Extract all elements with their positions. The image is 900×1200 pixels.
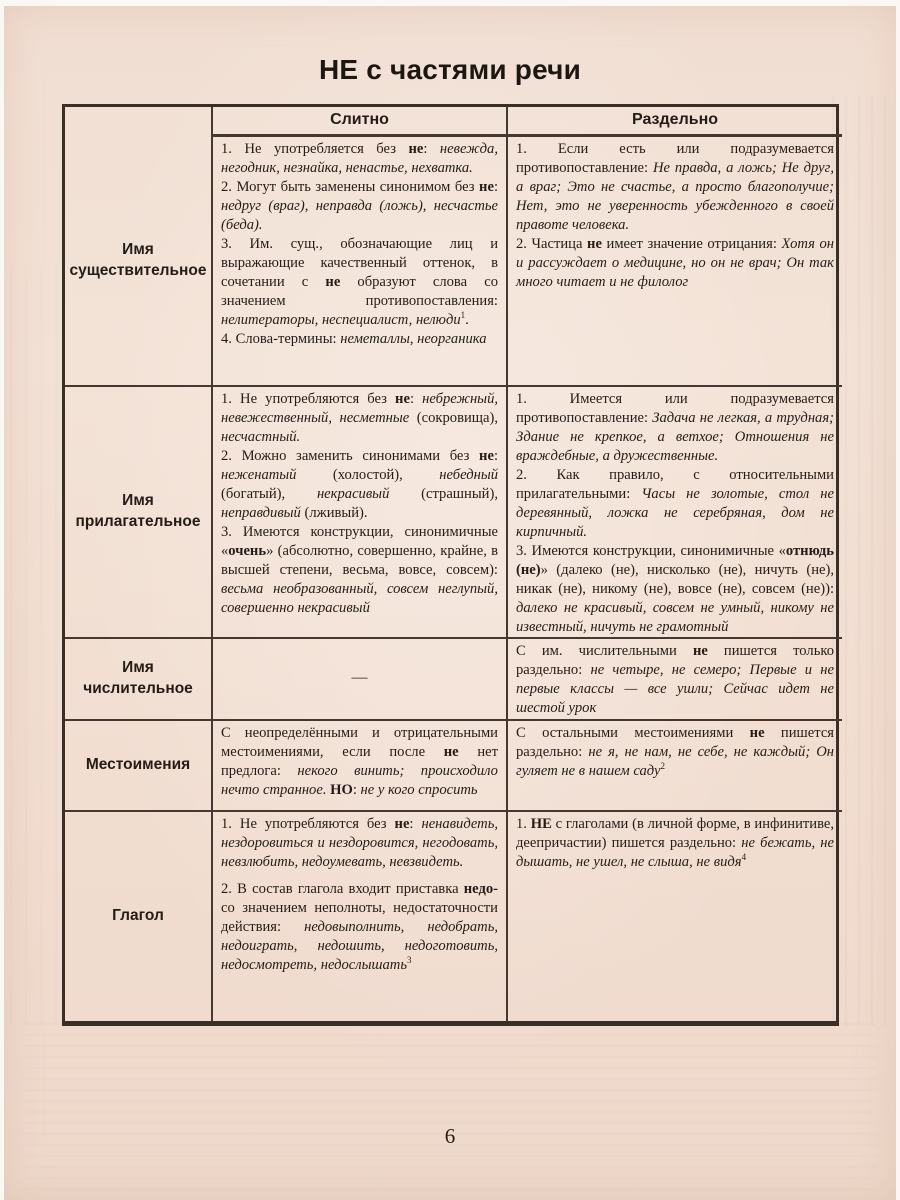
row-label-noun: Имя существительное [65, 137, 213, 387]
numeral-slitno-dash: — [213, 639, 508, 721]
noun-razdelno-cell: 1. Если есть или подразумевается противо… [508, 137, 842, 387]
adjective-slitno-cell: 1. Не употребляются без не: небрежный, н… [213, 387, 508, 639]
pronoun-slitno-cell: С неопределёнными и отрицательными место… [213, 721, 508, 812]
row-label-adjective: Имя прилагательное [65, 387, 213, 639]
noun-slitno-cell: 1. Не употребляется без не: невежда, нег… [213, 137, 508, 387]
showthrough-texture-bottom [24, 1020, 876, 1190]
verb-slitno-cell: 1. Не употребляются без не: ненавидеть, … [213, 812, 508, 1021]
book-page: НЕ с частями речи Слитно Раздельно Имя с… [4, 6, 896, 1200]
numeral-razdelno-cell: С им. числительными не пишется только ра… [508, 639, 842, 721]
row-label-pronoun: Местоимения [65, 721, 213, 812]
row-label-numeral: Имя числительное [65, 639, 213, 721]
page-number: 6 [4, 1124, 896, 1149]
adjective-razdelno-cell: 1. Имеется или подразумевается противопо… [508, 387, 842, 639]
verb-razdelno-cell: 1. НЕ с глаголами (в личной форме, в инф… [508, 812, 842, 1021]
row-label-verb: Глагол [65, 812, 213, 1021]
header-spacer-cell [65, 107, 213, 137]
page-title: НЕ с частями речи [4, 54, 896, 86]
ne-parts-of-speech-table: Слитно Раздельно Имя существительное 1. … [62, 104, 839, 1026]
header-razdelno: Раздельно [508, 107, 842, 137]
showthrough-texture-left [10, 266, 60, 1026]
header-slitno: Слитно [213, 107, 508, 137]
pronoun-razdelno-cell: С остальными местоимениями не пишется ра… [508, 721, 842, 812]
